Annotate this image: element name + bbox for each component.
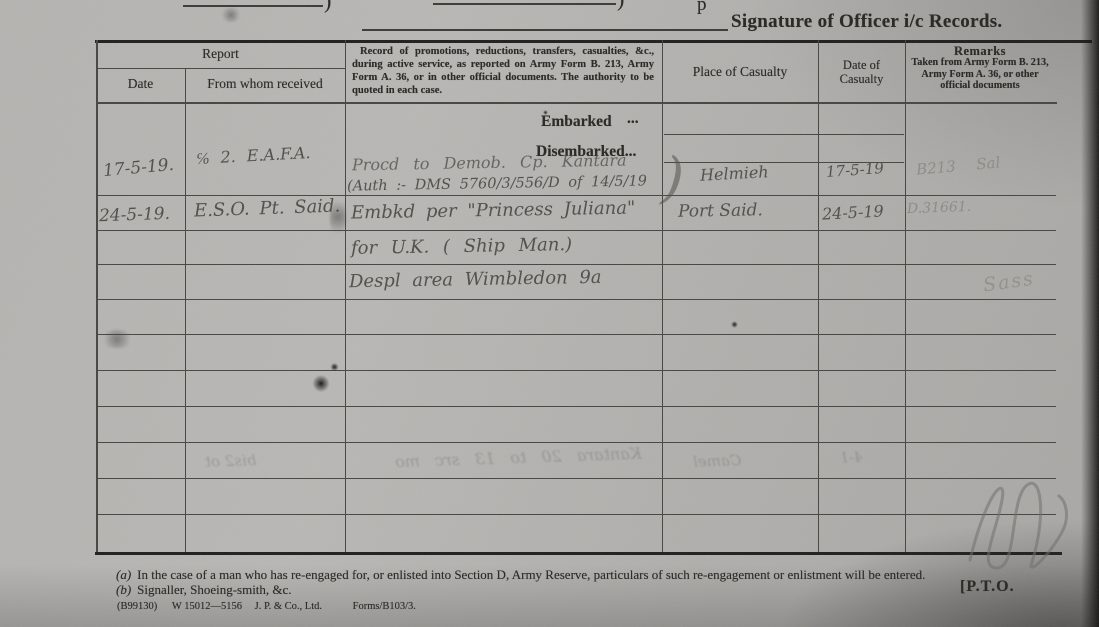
imprint-code: (B99130) xyxy=(117,601,157,612)
header-from-whom: From whom received xyxy=(185,76,345,92)
entry1-from: ℅ 2. E.A.F.A. xyxy=(196,143,311,169)
scanned-army-form-b103: ) ) p Signature of Officer i/c Records. … xyxy=(0,0,1099,627)
footnote-b-label: (b) xyxy=(116,582,131,597)
entry2-remarks: D.31661. xyxy=(907,199,972,217)
row-rule-8 xyxy=(96,442,1056,443)
signature-line xyxy=(362,29,728,31)
header-date-of-casualty-2: Casualty xyxy=(818,72,905,87)
remarks-pencil-scrawl: Sass xyxy=(982,267,1036,296)
entry1-record-line2: (Auth :- DMS 5760/3/556/D of 14/5/19 xyxy=(347,173,647,194)
entry1-place: Helmieh xyxy=(700,162,770,185)
ink-spot-1 xyxy=(312,375,330,392)
top-cropped-underline-mid xyxy=(433,0,616,5)
header-date-of-casualty-1: Date of xyxy=(818,58,905,73)
footnote-a-label: (a) xyxy=(116,567,131,582)
ink-spot-3 xyxy=(731,321,738,328)
top-cropped-paren-left: ) xyxy=(324,0,331,14)
entry1-record-line1: Procd to Demob. Cp. Kantara xyxy=(352,151,627,175)
paper-smudge-2 xyxy=(100,330,134,348)
header-date: Date xyxy=(96,76,185,92)
entry1-date: 17-5-19. xyxy=(102,155,174,181)
entry1-remarks: B213 Sal xyxy=(915,153,1001,178)
row-rule-5 xyxy=(96,334,1056,335)
ink-spot-4 xyxy=(543,110,548,115)
pto-label: [P.T.O. xyxy=(960,578,1015,596)
photo-right-edge-shadow xyxy=(1081,0,1099,627)
header-remarks-subtitle: Taken from Army Form B. 213, Army Form A… xyxy=(910,57,1050,92)
printer-imprint: (B99130) W 15012—5156 J. P. & Co., Ltd. … xyxy=(117,601,416,612)
footnote-a-text: In the case of a man who has re-engaged … xyxy=(137,567,925,582)
top-cropped-underline-left xyxy=(183,0,323,7)
divider-date-fromwhom xyxy=(185,68,186,554)
divider-record-place xyxy=(662,40,663,554)
report-header-underline xyxy=(96,68,345,69)
row-rule-3 xyxy=(96,264,1056,265)
ghost-bleed-from: bis2 ot xyxy=(205,451,257,471)
row-rule-9 xyxy=(96,478,1056,479)
table-left-border xyxy=(96,40,98,554)
divider-place-casualtydate xyxy=(818,40,819,554)
entry2-date: 24-5-19. xyxy=(99,204,171,226)
table-bottom-border xyxy=(95,552,1062,555)
footnote-b: (b)Signaller, Shoeing-smith, &c. xyxy=(116,582,292,598)
signature-label: Signature of Officer i/c Records. xyxy=(731,11,1002,33)
header-bottom-rule xyxy=(96,102,1057,104)
ink-spot-2 xyxy=(330,363,339,371)
top-cropped-letter: p xyxy=(697,0,707,16)
large-pencil-scrawl-icon xyxy=(955,472,1080,577)
row-rule-6 xyxy=(96,370,1056,371)
divider-casualtydate-remarks xyxy=(905,40,906,554)
ghost-bleed-record: Kantara 20 to 13 src mo xyxy=(395,444,642,472)
row-rule-7 xyxy=(96,406,1056,407)
row-rule-1 xyxy=(96,195,1056,196)
footnote-b-text: Signaller, Shoeing-smith, &c. xyxy=(137,582,291,597)
entry2-casualty-date: 24-5-19 xyxy=(822,201,885,223)
entry2-from: E.S.O. Pt. Said. xyxy=(194,195,341,221)
header-report: Report xyxy=(96,46,345,62)
paper-smudge-1 xyxy=(220,8,242,22)
table-top-border xyxy=(95,40,1092,43)
paper-smudge-3 xyxy=(330,195,346,239)
entry1-casualty-date: 17-5-19 xyxy=(825,159,884,181)
entry2-record-line3: Despl area Wimbledon 9a xyxy=(349,267,602,292)
entry2-place: Port Said. xyxy=(678,200,763,221)
row-rule-4 xyxy=(96,299,1056,300)
subrow-line-embarked xyxy=(664,134,904,135)
entry2-record-line1: Embkd per "Princess Juliana" xyxy=(351,198,636,224)
header-place-of-casualty: Place of Casualty xyxy=(662,64,818,80)
ghost-bleed-casualty-date: 4-1 xyxy=(840,450,863,467)
label-embarked-dots: ... xyxy=(627,110,639,128)
imprint-run: W 15012—5156 xyxy=(172,601,242,612)
header-record: Record of promotions, reductions, transf… xyxy=(352,45,654,97)
row-rule-2 xyxy=(96,230,1056,231)
imprint-form-ref: Forms/B103/3. xyxy=(353,601,416,612)
row-rule-10 xyxy=(96,514,1056,515)
entry2-record-line2: for U.K. ( Ship Man.) xyxy=(351,234,572,259)
ghost-bleed-place: Camel xyxy=(693,451,742,471)
imprint-printer: J. P. & Co., Ltd. xyxy=(255,601,322,612)
top-cropped-paren-mid: ) xyxy=(617,0,624,12)
footnote-a: (a)In the case of a man who has re-engag… xyxy=(116,567,925,583)
divider-report-record xyxy=(345,40,346,554)
label-embarked: Embarked xyxy=(541,113,612,131)
